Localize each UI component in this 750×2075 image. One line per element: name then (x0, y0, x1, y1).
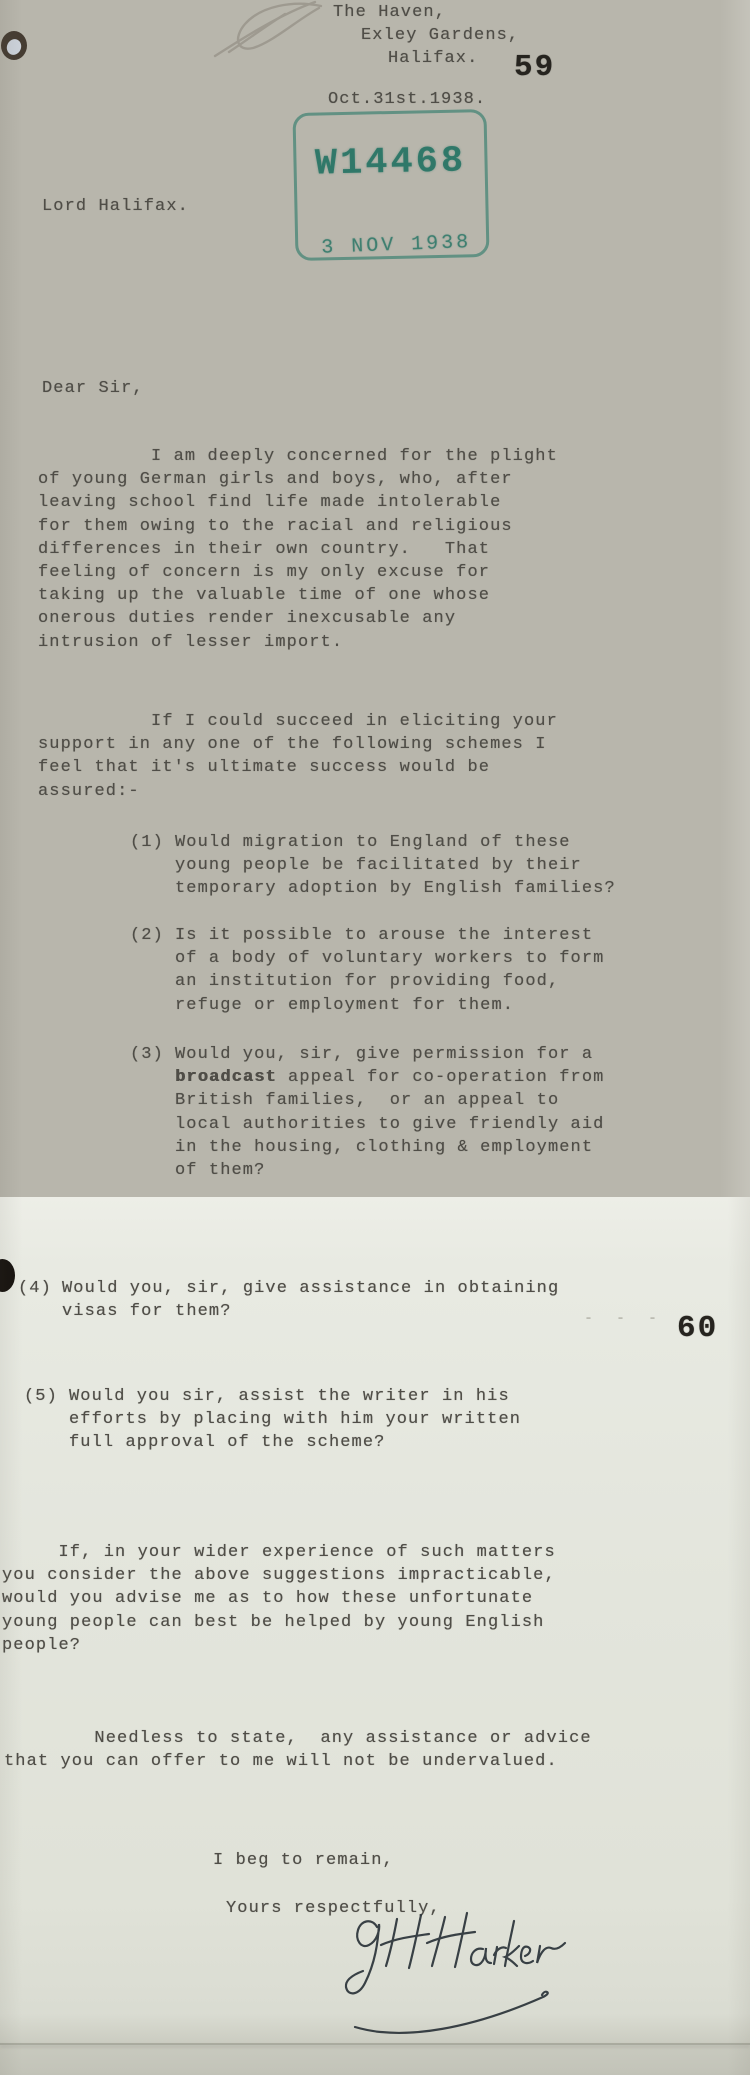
list-item-4-text: Would you, sir, give assistance in obtai… (62, 1277, 559, 1323)
handwritten-signature (325, 1905, 605, 2045)
salutation: Dear Sir, (42, 377, 144, 400)
list-item-3-text: Would you, sir, give permission for a br… (175, 1043, 604, 1182)
hole-punch-icon (1, 31, 27, 60)
pencil-dashes: - - - - (584, 1312, 696, 1325)
list-item-4-number: (4) (18, 1277, 52, 1300)
list-item-1-number: (1) (130, 831, 164, 854)
page-number-60: 60 (677, 1311, 718, 1346)
hole-punch-icon (0, 1259, 15, 1292)
paper-crease (0, 2043, 750, 2045)
list-item-3-bold-word: broadcast (175, 1068, 277, 1087)
paragraph-2: If I could succeed in eliciting your sup… (38, 710, 558, 803)
sender-address-line-3: Halifax. (388, 47, 478, 70)
list-item-5-text: Would you sir, assist the writer in his … (69, 1385, 521, 1455)
paragraph-3: If, in your wider experience of such mat… (2, 1541, 556, 1657)
list-item-1-text: Would migration to England of these youn… (175, 831, 616, 901)
received-stamp: W14468 3 NOV 1938 (292, 109, 489, 261)
closing-line-2: Yours respectfully, (226, 1897, 441, 1920)
list-item-5-number: (5) (24, 1385, 58, 1408)
letter-page-2: (4) Would you, sir, give assistance in o… (0, 1197, 750, 2075)
signature-name: J H Harker (0, 1197, 1, 1198)
pencil-scribble-icon (185, 0, 345, 62)
list-item-2-number: (2) (130, 924, 164, 947)
sender-address-line-2: Exley Gardens, (361, 24, 519, 47)
sender-address-line-1: The Haven, (333, 1, 446, 24)
recipient: Lord Halifax. (42, 195, 189, 218)
scanned-letter: The Haven, Exley Gardens, Halifax. 59 Oc… (0, 0, 750, 2075)
letter-date: Oct.31st.1938. (328, 88, 486, 111)
list-item-3-part1: Would you, sir, give permission for a (175, 1045, 593, 1064)
paragraph-4: Needless to state, any assistance or adv… (4, 1727, 592, 1773)
page-number-59: 59 (514, 50, 555, 85)
list-item-2-text: Is it possible to arouse the interest of… (175, 924, 604, 1017)
letter-page-1: The Haven, Exley Gardens, Halifax. 59 Oc… (0, 0, 750, 1197)
list-item-3-part2: appeal for co-operation from British fam… (175, 1068, 604, 1180)
paragraph-1: I am deeply concerned for the plight of … (38, 445, 558, 654)
list-item-3-number: (3) (130, 1043, 164, 1066)
stamp-date: 3 NOV 1938 (306, 230, 487, 260)
closing-line-1: I beg to remain, (213, 1849, 394, 1872)
stamp-reference-number: W14468 (296, 140, 485, 186)
